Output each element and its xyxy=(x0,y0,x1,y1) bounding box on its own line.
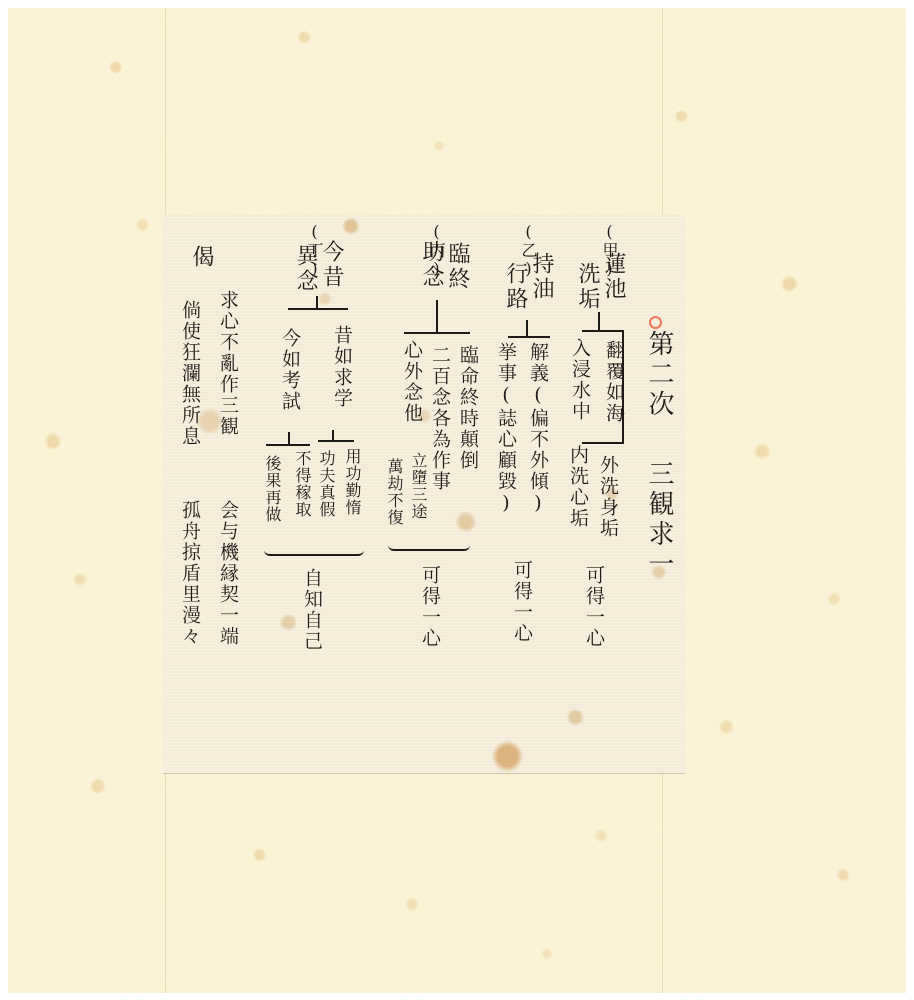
section-a-result: 可得一心 xyxy=(584,565,603,649)
section-b-head-2: 行路 xyxy=(504,262,526,312)
section-c-head-1: 臨終 xyxy=(446,242,468,292)
section-d-bracket-top xyxy=(318,440,354,442)
section-a-stem xyxy=(598,312,600,330)
section-d-branch-top: 昔如求学 xyxy=(332,325,351,409)
section-d-result: 自知自己 xyxy=(302,568,321,652)
section-d-close-brace xyxy=(264,550,364,556)
section-d-sub-1: 用功勤惰 xyxy=(344,448,360,516)
verse-line-1a: 求心不亂作三観 xyxy=(218,290,237,437)
section-c-sub-2: 萬劫不復 xyxy=(386,458,402,526)
section-c-bracket xyxy=(404,332,470,334)
verse-line-2b: 孤舟掠盾里漫々 xyxy=(180,500,199,647)
section-a-branch-top: 翻覆如海 xyxy=(604,340,623,424)
section-a-head-1: 蓮池 xyxy=(602,252,624,302)
section-c-close-brace xyxy=(388,545,470,551)
section-d-branch-bottom: 今如考試 xyxy=(280,328,299,412)
section-c-result: 可得一心 xyxy=(420,565,439,649)
section-d-head-2: 異念 xyxy=(294,244,316,294)
section-d-sub-3: 不得稼取 xyxy=(294,450,310,518)
title-part-2: 三観求一 xyxy=(646,460,672,580)
section-c-sub-1: 立墮三途 xyxy=(410,452,426,520)
section-d-stem-bottom xyxy=(288,432,290,444)
section-c-head-2: 助念 xyxy=(420,240,442,290)
section-c-branch-top: 臨命終時顛倒 xyxy=(458,345,477,471)
title-part-1: 第二次 xyxy=(646,330,672,420)
section-a-head-2: 洗垢 xyxy=(576,262,598,312)
section-b-result: 可得一心 xyxy=(512,560,531,644)
verse-line-2a: 倘使狂瀾無所息 xyxy=(180,300,199,447)
verse-line-1b: 会与機縁契一端 xyxy=(218,500,237,647)
section-d-stem-top xyxy=(332,430,334,440)
section-a-sub-outer: 外洗身垢 xyxy=(598,455,617,539)
red-seal-mark-icon xyxy=(649,316,662,329)
section-d-bracket xyxy=(288,308,348,310)
section-a-branch-bottom: 入浸水中 xyxy=(570,338,589,422)
section-d-stem xyxy=(316,296,318,308)
section-b-branch-top: 解義(偏不外傾) xyxy=(528,342,547,516)
section-b-head-1: 持油 xyxy=(530,252,552,302)
section-d-bracket-bottom xyxy=(266,444,310,446)
section-c-branch-middle: 二百念各為作事 xyxy=(430,345,449,492)
section-b-branch-bottom: 挙事(誌心顧毀) xyxy=(496,342,515,516)
section-d-sub-2: 功夫真假 xyxy=(318,450,334,518)
section-d-head-1: 今昔 xyxy=(320,240,342,290)
verse-label: 偈 xyxy=(190,245,212,270)
section-d-sub-4: 後果再做 xyxy=(264,455,280,523)
section-a-sub-inner: 内洗心垢 xyxy=(568,445,587,529)
section-b-bracket xyxy=(508,336,550,338)
section-c-stem xyxy=(436,300,438,332)
section-b-stem xyxy=(526,320,528,336)
section-c-branch-bottom: 心外念他 xyxy=(402,340,421,424)
